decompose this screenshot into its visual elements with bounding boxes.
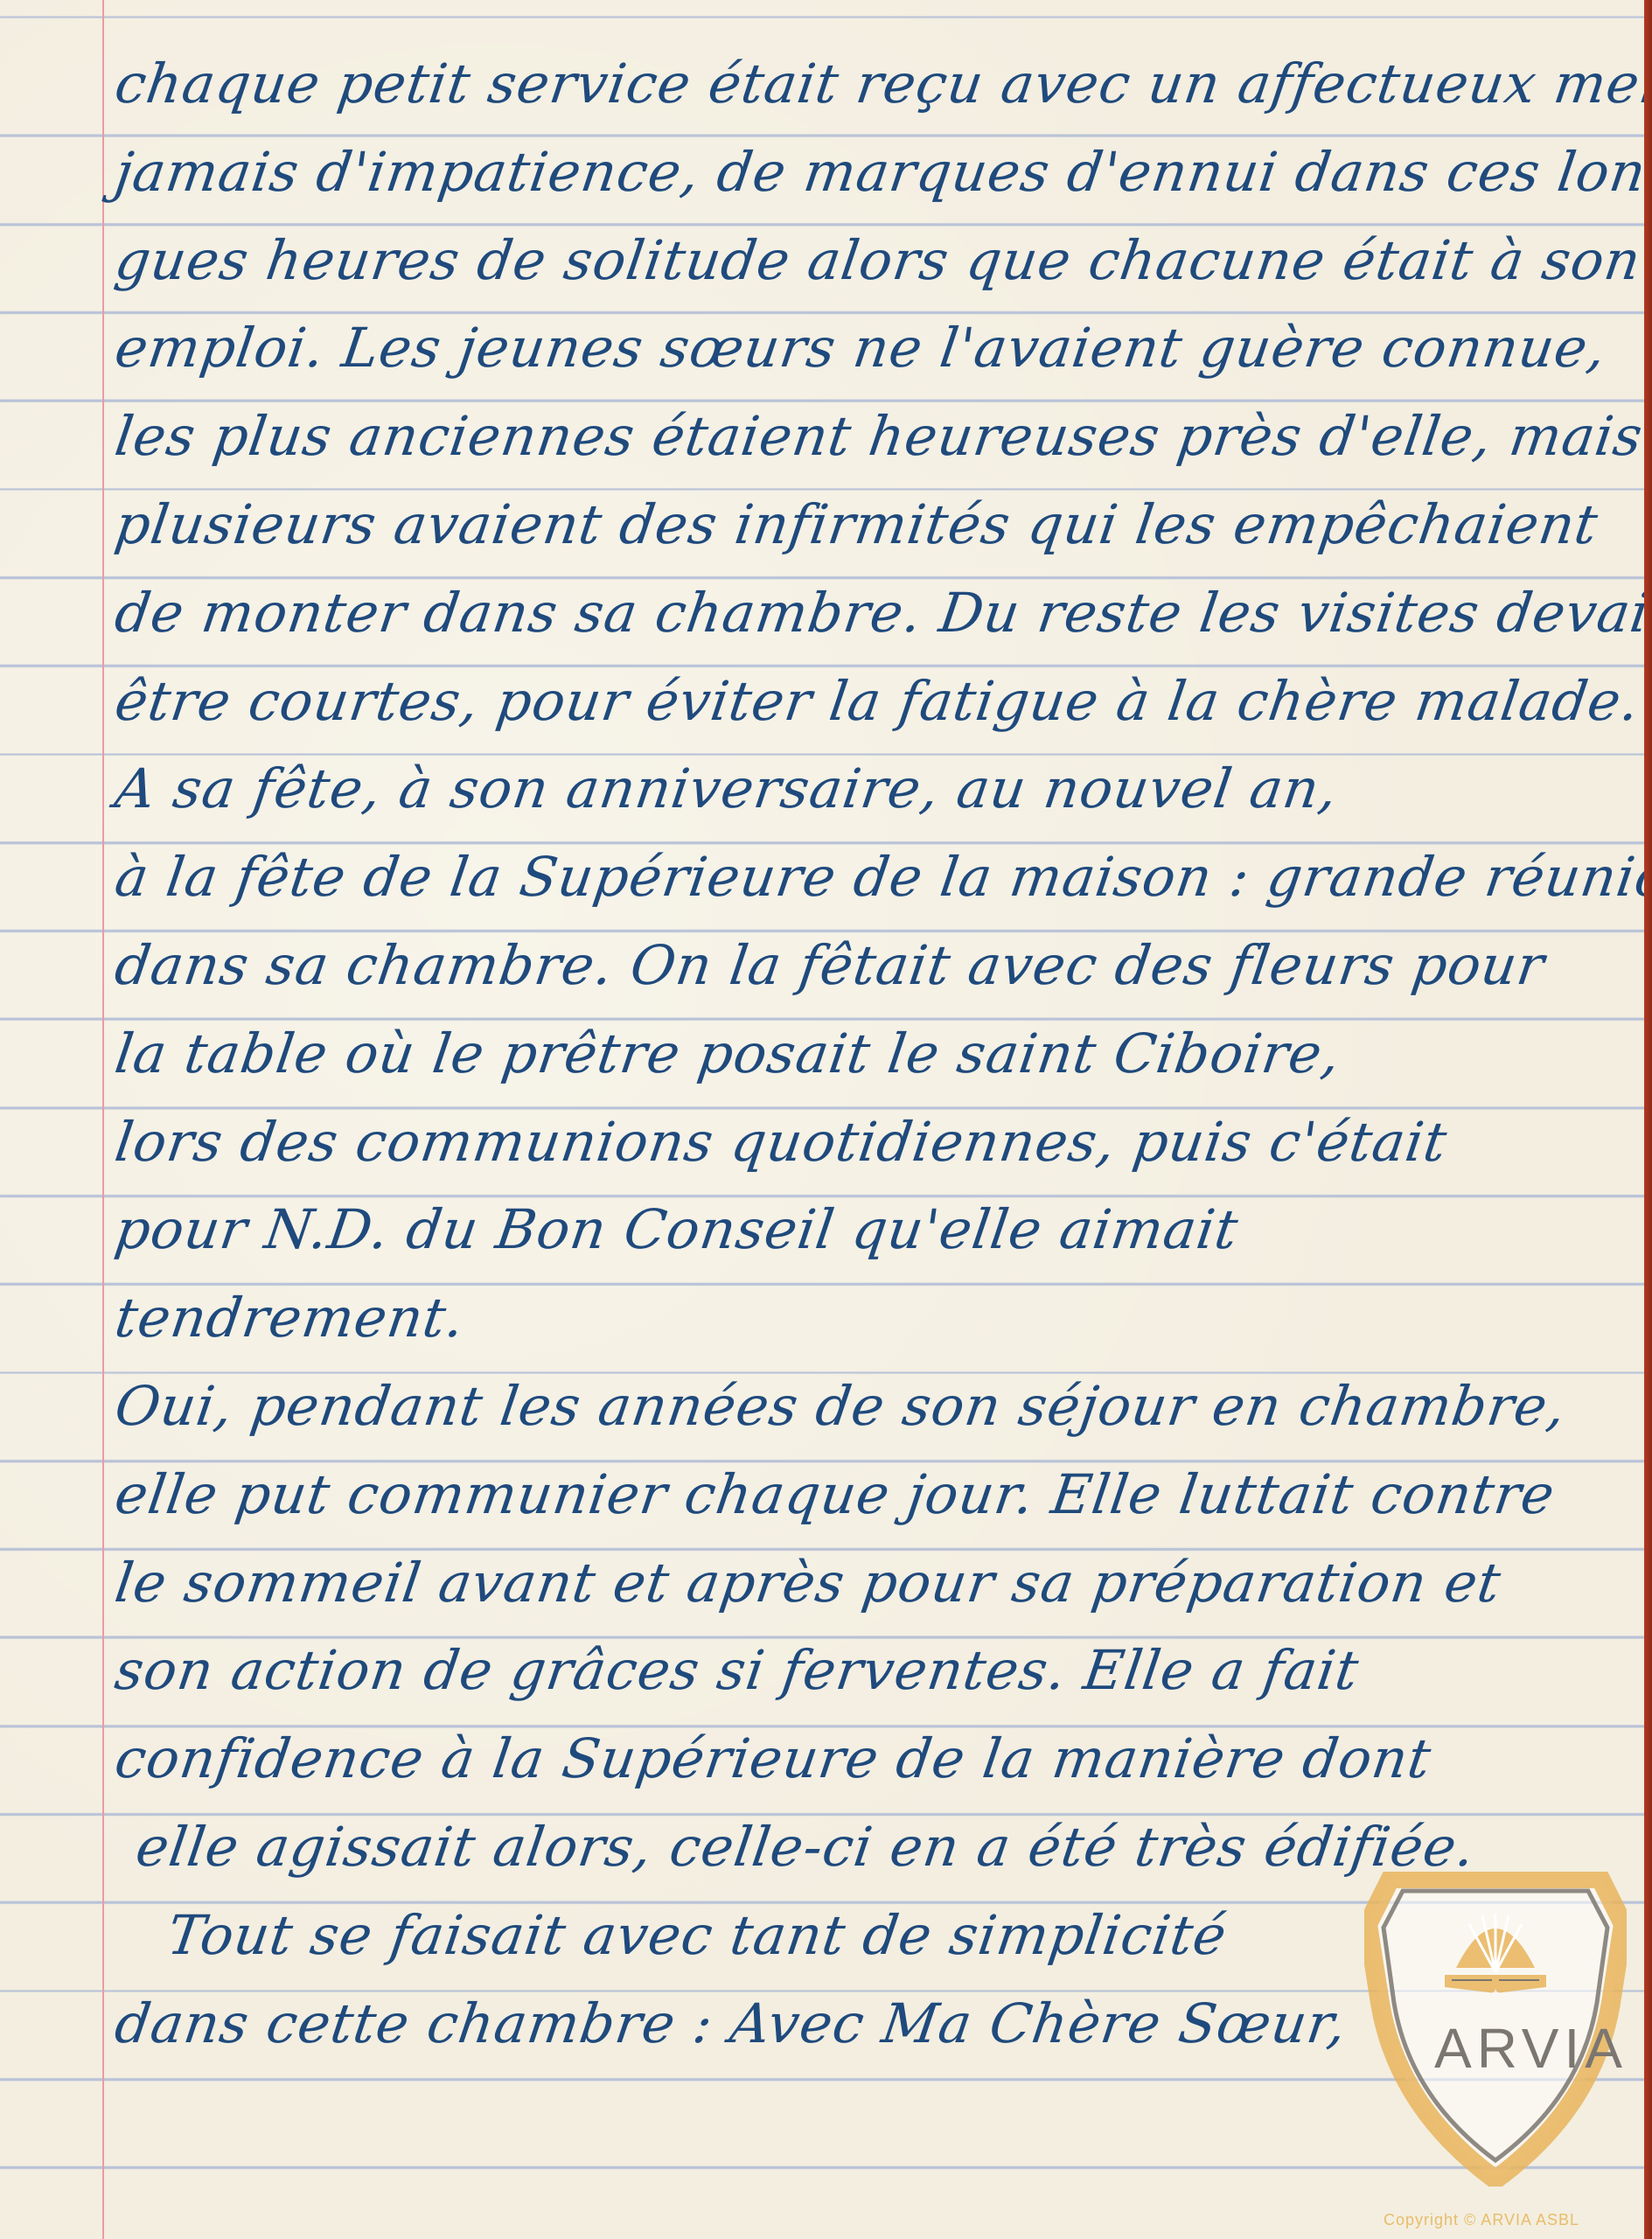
text-line: emploi. Les jeunes sœurs ne l'avaient gu… [109,313,1631,401]
text-line: lors des communions quotidiennes, puis c… [109,1107,1631,1196]
text-line: le sommeil avant et après pour sa prépar… [109,1548,1631,1636]
text-line: pour N.D. du Bon Conseil qu'elle aimait [109,1195,1631,1283]
text-line: elle put communier chaque jour. Elle lut… [109,1460,1631,1548]
handwritten-text: chaque petit service était reçu avec un … [109,49,1631,2076]
copyright-notice: Copyright © ARVIA ASBL [1384,2211,1579,2229]
text-line: les plus anciennes étaient heureuses prè… [109,401,1631,490]
notebook-page: chaque petit service était reçu avec un … [0,0,1644,2239]
text-line: A sa fête, à son anniversaire, au nouvel… [109,754,1631,842]
text-line: jamais d'impatience, de marques d'ennui … [109,137,1631,226]
text-line: dans sa chambre. On la fêtait avec des f… [109,931,1631,1019]
text-line: de monter dans sa chambre. Du reste les … [109,578,1631,666]
watermark-logo-text: ARVIA [1434,2016,1574,2081]
text-line: Oui, pendant les années de son séjour en… [109,1371,1631,1460]
text-line: plusieurs avaient des infirmités qui les… [109,490,1631,578]
text-line: à la fête de la Supérieure de la maison … [109,842,1631,931]
text-line: la table où le prêtre posait le saint Ci… [109,1019,1631,1107]
text-line: être courtes, pour éviter la fatigue à l… [109,666,1631,755]
text-line: confidence à la Supérieure de la manière… [109,1724,1631,1812]
text-line: gues heures de solitude alors que chacun… [109,226,1631,314]
text-line: tendrement. [109,1283,1631,1371]
margin-line [102,0,104,2239]
text-line: chaque petit service était reçu avec un … [109,49,1631,137]
notebook-edge [1644,0,1652,2239]
text-line: son action de grâces si ferventes. Elle … [109,1636,1631,1724]
